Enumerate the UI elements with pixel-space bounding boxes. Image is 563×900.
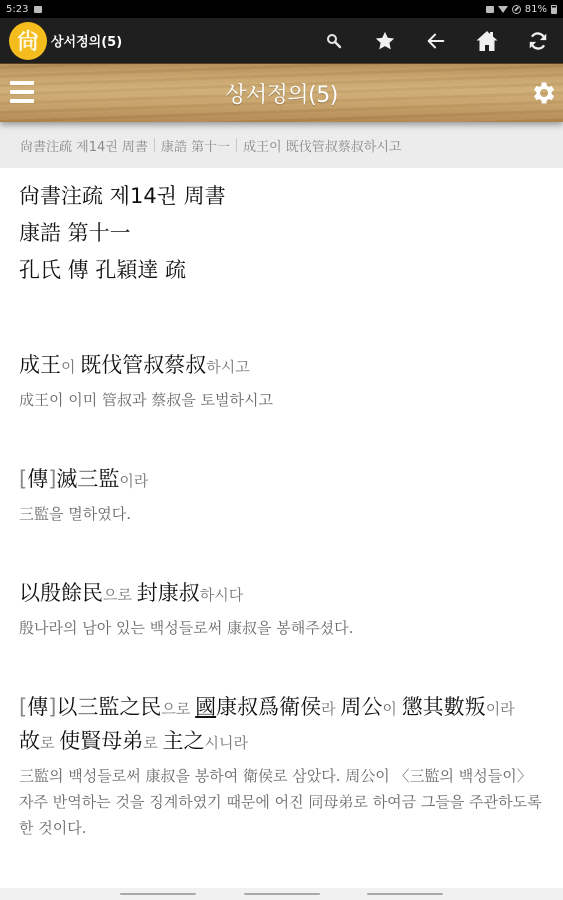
app-logo: 尙 (9, 22, 47, 60)
title-line-chapter: 康誥 第十一 (19, 215, 547, 252)
hangul-particle: 이 (61, 358, 80, 376)
app-title: 상서정의(5) (51, 31, 122, 50)
hanja-text: 懲其數叛 (402, 695, 486, 719)
content-area: 尙書注疏 제14권 周書 康誥 第十一 孔氏 傳 孔穎達 疏 成王이 既伐管叔蔡… (0, 168, 563, 888)
translation-text: 三監을 멸하였다. (19, 501, 547, 527)
hanja-text: 傳 (27, 695, 48, 719)
original-text: 以殷餘民으로 封康叔하시다 (19, 577, 547, 611)
breadcrumb-item-chapter[interactable]: 康誥 第十一 (161, 136, 230, 155)
hanja-text: 國 (195, 695, 216, 719)
refresh-icon (527, 30, 549, 52)
breadcrumb-item-section[interactable]: 成王이 既伐管叔蔡叔하시고 (243, 136, 401, 155)
page-indicator (367, 893, 443, 895)
hangul-particle: 이라 (119, 472, 148, 490)
breadcrumb-separator (154, 138, 155, 152)
title-line-authors: 孔氏 傳 孔穎達 疏 (19, 252, 547, 289)
title-block: 尙書注疏 제14권 周書 康誥 第十一 孔氏 傳 孔穎達 疏 (19, 178, 547, 289)
hanja-text: 主之 (163, 729, 205, 753)
bookmark-button[interactable] (359, 18, 410, 64)
hanja-text: 康叔爲衛侯 (216, 695, 321, 719)
hanja-text: 周公 (340, 695, 382, 719)
status-bar: 5:23 81% (0, 0, 563, 18)
search-icon (326, 33, 342, 49)
arrow-left-icon (425, 30, 447, 52)
hangul-particle: 이라 (486, 700, 515, 718)
hangul-particle: 이 (382, 700, 401, 718)
app-bar: 尙 상서정의(5) (0, 18, 563, 64)
hanja-text: 傳 (27, 467, 48, 491)
cast-icon (486, 6, 494, 13)
wifi-icon (498, 6, 508, 13)
search-button[interactable] (308, 18, 359, 64)
original-text: [傳]滅三監이라 (19, 463, 547, 497)
home-button[interactable] (461, 18, 512, 64)
translation-text: 殷나라의 남아 있는 백성들로써 康叔을 봉해주셨다. (19, 615, 547, 641)
title-line-book: 尙書注疏 제14권 周書 (19, 178, 547, 215)
do-not-disturb-icon (512, 5, 521, 14)
bracket: [ (19, 467, 27, 491)
original-text: [傳]以三監之民으로 國康叔爲衛侯라 周公이 懲其數叛이라故로 使賢母弟로 主之… (19, 691, 547, 759)
home-icon (475, 29, 499, 53)
refresh-button[interactable] (512, 18, 563, 64)
hamburger-menu-icon[interactable] (10, 81, 34, 103)
hangul-particle: 으로 (161, 700, 195, 718)
hanja-text: 成王 (19, 353, 61, 377)
page-header: 상서정의(5) (0, 64, 563, 122)
breadcrumb-item-volume[interactable]: 尙書注疏 제14권 周書 (20, 136, 148, 155)
gear-icon (529, 79, 557, 107)
notification-icon (34, 6, 42, 13)
bottom-scroll-indicator (0, 888, 563, 900)
hangul-particle: 라 (321, 700, 340, 718)
hangul-particle: 하시고 (206, 358, 249, 376)
breadcrumb: 尙書注疏 제14권 周書 康誥 第十一 成王이 既伐管叔蔡叔하시고 (0, 122, 563, 168)
hangul-particle: 로 (40, 734, 59, 752)
hangul-particle: 로 (143, 734, 162, 752)
battery-icon (551, 5, 557, 14)
paragraph: [傳]滅三監이라 三監을 멸하였다. (19, 463, 547, 527)
star-icon (374, 30, 396, 52)
hangul-particle: 으로 (103, 586, 137, 604)
status-time: 5:23 (6, 4, 28, 15)
paragraph: [傳]以三監之民으로 國康叔爲衛侯라 周公이 懲其數叛이라故로 使賢母弟로 主之… (19, 691, 547, 841)
hanja-text: 故 (19, 729, 40, 753)
original-text: 成王이 既伐管叔蔡叔하시고 (19, 349, 547, 383)
hangul-particle: 시니라 (205, 734, 248, 752)
translation-text: 成王이 이미 管叔과 蔡叔을 토벌하시고 (19, 387, 547, 413)
paragraph: 以殷餘民으로 封康叔하시다 殷나라의 남아 있는 백성들로써 康叔을 봉해주셨다… (19, 577, 547, 641)
page-title: 상서정의(5) (225, 78, 338, 109)
bracket: [ (19, 695, 27, 719)
hanja-text: 滅三監 (56, 467, 119, 491)
battery-percent: 81% (525, 4, 547, 15)
hanja-text: 以殷餘民 (19, 581, 103, 605)
page-indicator (120, 893, 196, 895)
back-button[interactable] (410, 18, 461, 64)
paragraph: 成王이 既伐管叔蔡叔하시고 成王이 이미 管叔과 蔡叔을 토벌하시고 (19, 349, 547, 413)
translation-text: 三監의 백성들로써 康叔을 봉하여 衛侯로 삼았다. 周公이 〈三監의 백성들이… (19, 763, 547, 841)
hanja-text: 以三監之民 (56, 695, 161, 719)
settings-button[interactable] (529, 79, 557, 111)
app-actions (308, 18, 563, 64)
hanja-text: 使賢母弟 (59, 729, 143, 753)
page-indicator (244, 893, 320, 895)
breadcrumb-separator (236, 138, 237, 152)
hangul-particle: 하시다 (200, 586, 243, 604)
hanja-text: 封康叔 (137, 581, 200, 605)
hanja-text: 既伐管叔蔡叔 (80, 353, 206, 377)
